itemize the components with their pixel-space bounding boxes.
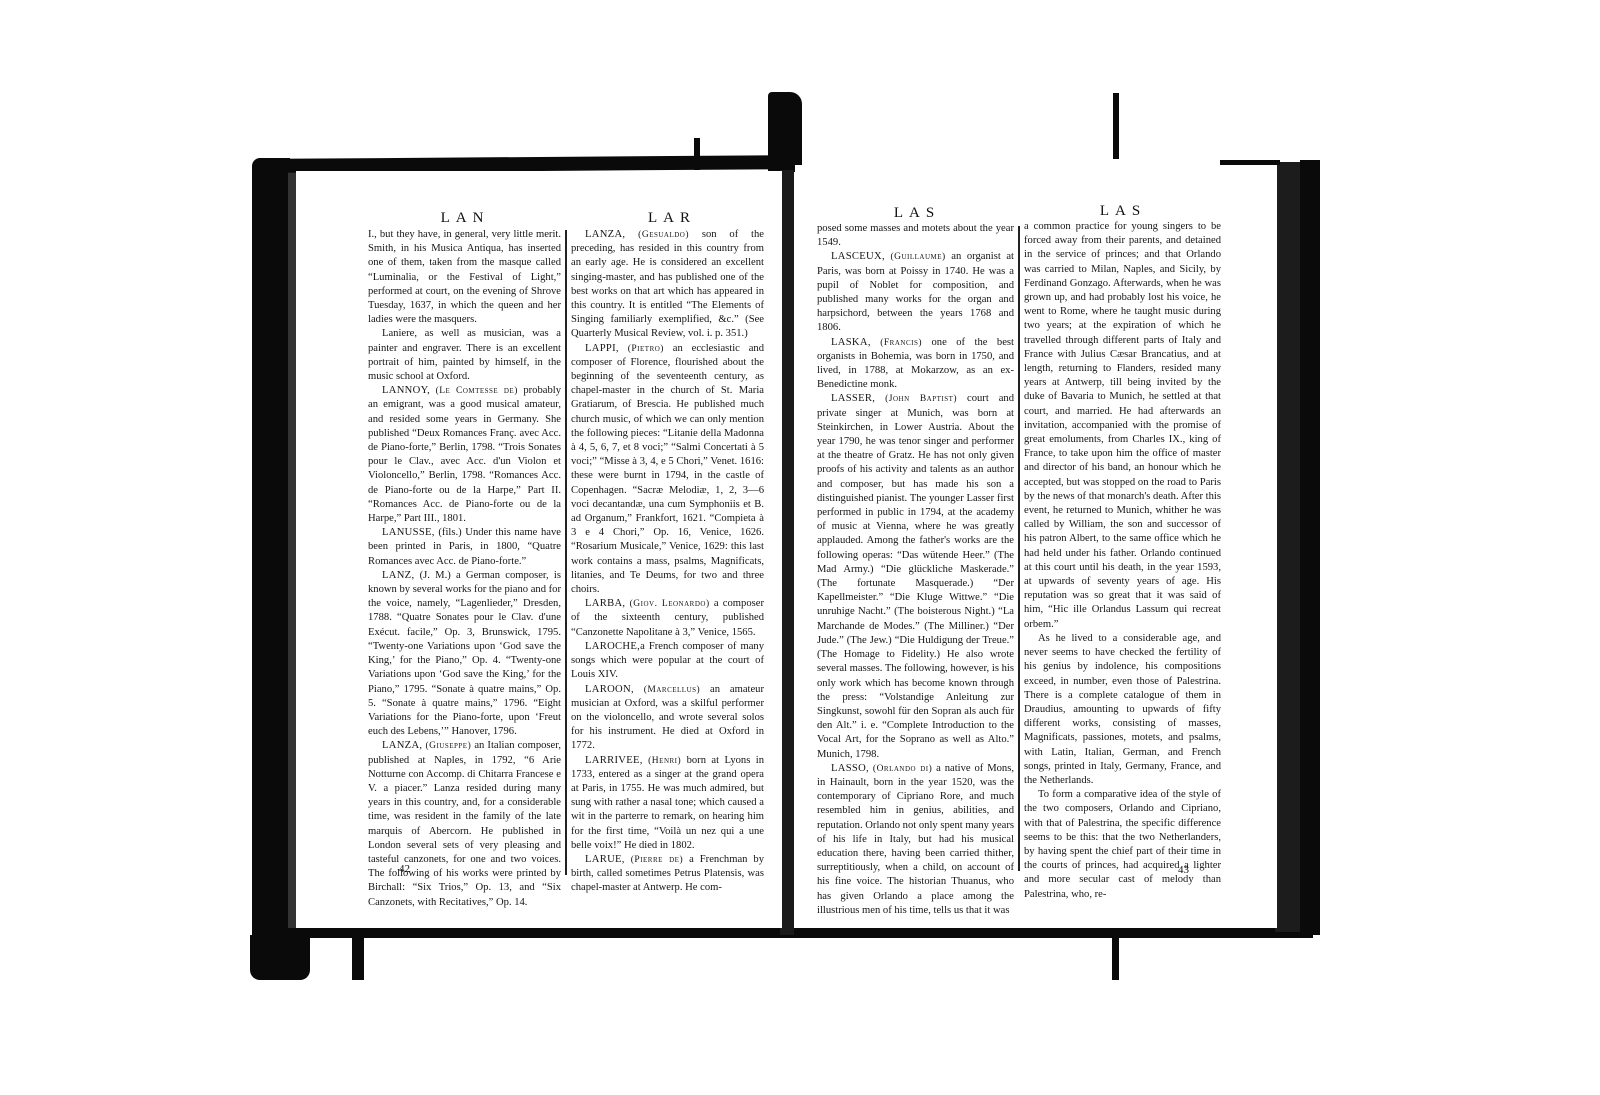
qualifier: (John Baptist) [885,394,957,404]
headword: LARRIVEE, [585,755,643,766]
qualifier: (Francis) [880,338,922,348]
right-cover-fore [1300,160,1320,935]
entry-lasser: LASSER, (John Baptist) court and private… [817,392,1014,761]
headword: LARUE, [585,854,625,865]
bottom-foot-2 [352,935,364,980]
entry-lasceux: LASCEUX, (Guillaume) an organist at Pari… [817,250,1014,335]
paragraph: I., but they have, in general, very litt… [368,228,561,327]
left-cover-fore-edge [288,165,296,940]
running-head-lan: LAN [365,210,565,227]
qualifier: (Giuseppe) [425,741,471,751]
left-cover-edge [252,158,290,948]
entry-laska: LASKA, (Francis) one of the best organis… [817,336,1014,393]
headword: LASCEUX, [831,251,885,262]
headword: LASSO, [831,763,869,774]
bottom-left-foot [250,935,310,980]
qualifier: (Marcellus) [644,685,700,695]
entry-laroon: LAROON, (Marcellus) an amateur musician … [571,683,764,754]
headword: LANNOY, [382,385,430,396]
entry-lanza-gesualdo: LANZA, (Gesualdo) son of the preceding, … [571,228,764,342]
entry-text: born at Lyons in 1733, entered as a sing… [571,755,764,851]
page-number-42: 42 [399,863,410,875]
column-lar: LANZA, (Gesualdo) son of the preceding, … [571,228,764,896]
column-lan: I., but they have, in general, very litt… [368,228,561,910]
entry-larba: LARBA, (Giov. Leonardo) a composer of th… [571,597,764,640]
running-head-las-1: LAS [812,205,1022,222]
entry-lappi: LAPPI, (Pietro) an ecclesiastic and comp… [571,342,764,598]
column-rule-right-page [1018,226,1020,871]
entry-text: son of the preceding, has resided in thi… [571,229,764,339]
entry-lanz: LANZ, (J. M.) a German composer, is know… [368,569,561,739]
column-rule-left-page [565,230,567,875]
bottom-spine-foot [1112,935,1119,980]
qualifier: (Pietro) [628,344,664,354]
headword: LAPPI, [585,343,619,354]
paragraph: Laniere, as well as musician, was a pain… [368,327,561,384]
qualifier: (fils.) [438,527,461,538]
headword: LAROCHE, [585,641,640,652]
running-head-lar: LAR [572,210,772,227]
spine-top-tab [768,92,802,172]
headword: LASKA, [831,337,871,348]
entry-larue: LARUE, (Pierre de) a Frenchman by birth,… [571,853,764,896]
paragraph: a common practice for young singers to b… [1024,220,1221,632]
qualifier: (Pierre de) [631,855,683,865]
entry-laroche: LAROCHE,a French composer of many songs … [571,640,764,683]
bottom-spine-gutter [780,170,794,935]
column-las-1: posed some masses and motets about the y… [817,222,1014,918]
running-head-las-2: LAS [1018,203,1228,220]
entry-text: a native of Mons, in Hainault, born in t… [817,763,1014,916]
entry-lanza-giuseppe: LANZA, (Giuseppe) an Italian composer, p… [368,739,561,909]
paragraph: As he lived to a considerable age, and n… [1024,632,1221,788]
paragraph: posed some masses and motets about the y… [817,222,1014,250]
headword: LANUSSE, [382,527,435,538]
qualifier: (Le Comtesse de) [436,386,518,396]
page-number-43: 43 [1178,864,1189,876]
headword: LASSER, [831,393,875,404]
column-las-2: a common practice for young singers to b… [1024,220,1221,902]
entry-text: probably an emigrant, was a good musical… [368,385,561,524]
headword: LARBA, [585,598,625,609]
paragraph: To form a comparative idea of the style … [1024,788,1221,902]
entry-lannoy: LANNOY, (Le Comtesse de) probably an emi… [368,384,561,526]
entry-lanusse: LANUSSE, (fils.) Under this name have be… [368,526,561,569]
qualifier: (J. M.) [420,570,451,581]
qualifier: (Giov. Leonardo) [630,599,710,609]
entry-larrivee: LARRIVEE, (Henri) born at Lyons in 1733,… [571,754,764,853]
headword: LAROON, [585,684,634,695]
entry-text: an ecclesiastic and composer of Florence… [571,343,764,595]
entry-lasso: LASSO, (Orlando di) a native of Mons, in… [817,762,1014,918]
spine-top-tab-small [694,138,700,170]
entry-text: an Italian composer, published at Naples… [368,740,561,907]
qualifier: (Gesualdo) [638,230,689,240]
qualifier: (Guillaume) [890,252,945,262]
entry-text: a German composer, is known by several w… [368,570,561,737]
headword: LANZA, [382,740,422,751]
entry-text: court and private singer at Munich, was … [817,393,1014,759]
headword: LANZ, [382,570,414,581]
entry-text: an organist at Paris, was born at Poissy… [817,251,1014,333]
headword: LANZA, [585,229,625,240]
qualifier: (Orlando di) [873,764,932,774]
right-spine-marker [1113,93,1119,159]
qualifier: (Henri) [648,756,681,766]
